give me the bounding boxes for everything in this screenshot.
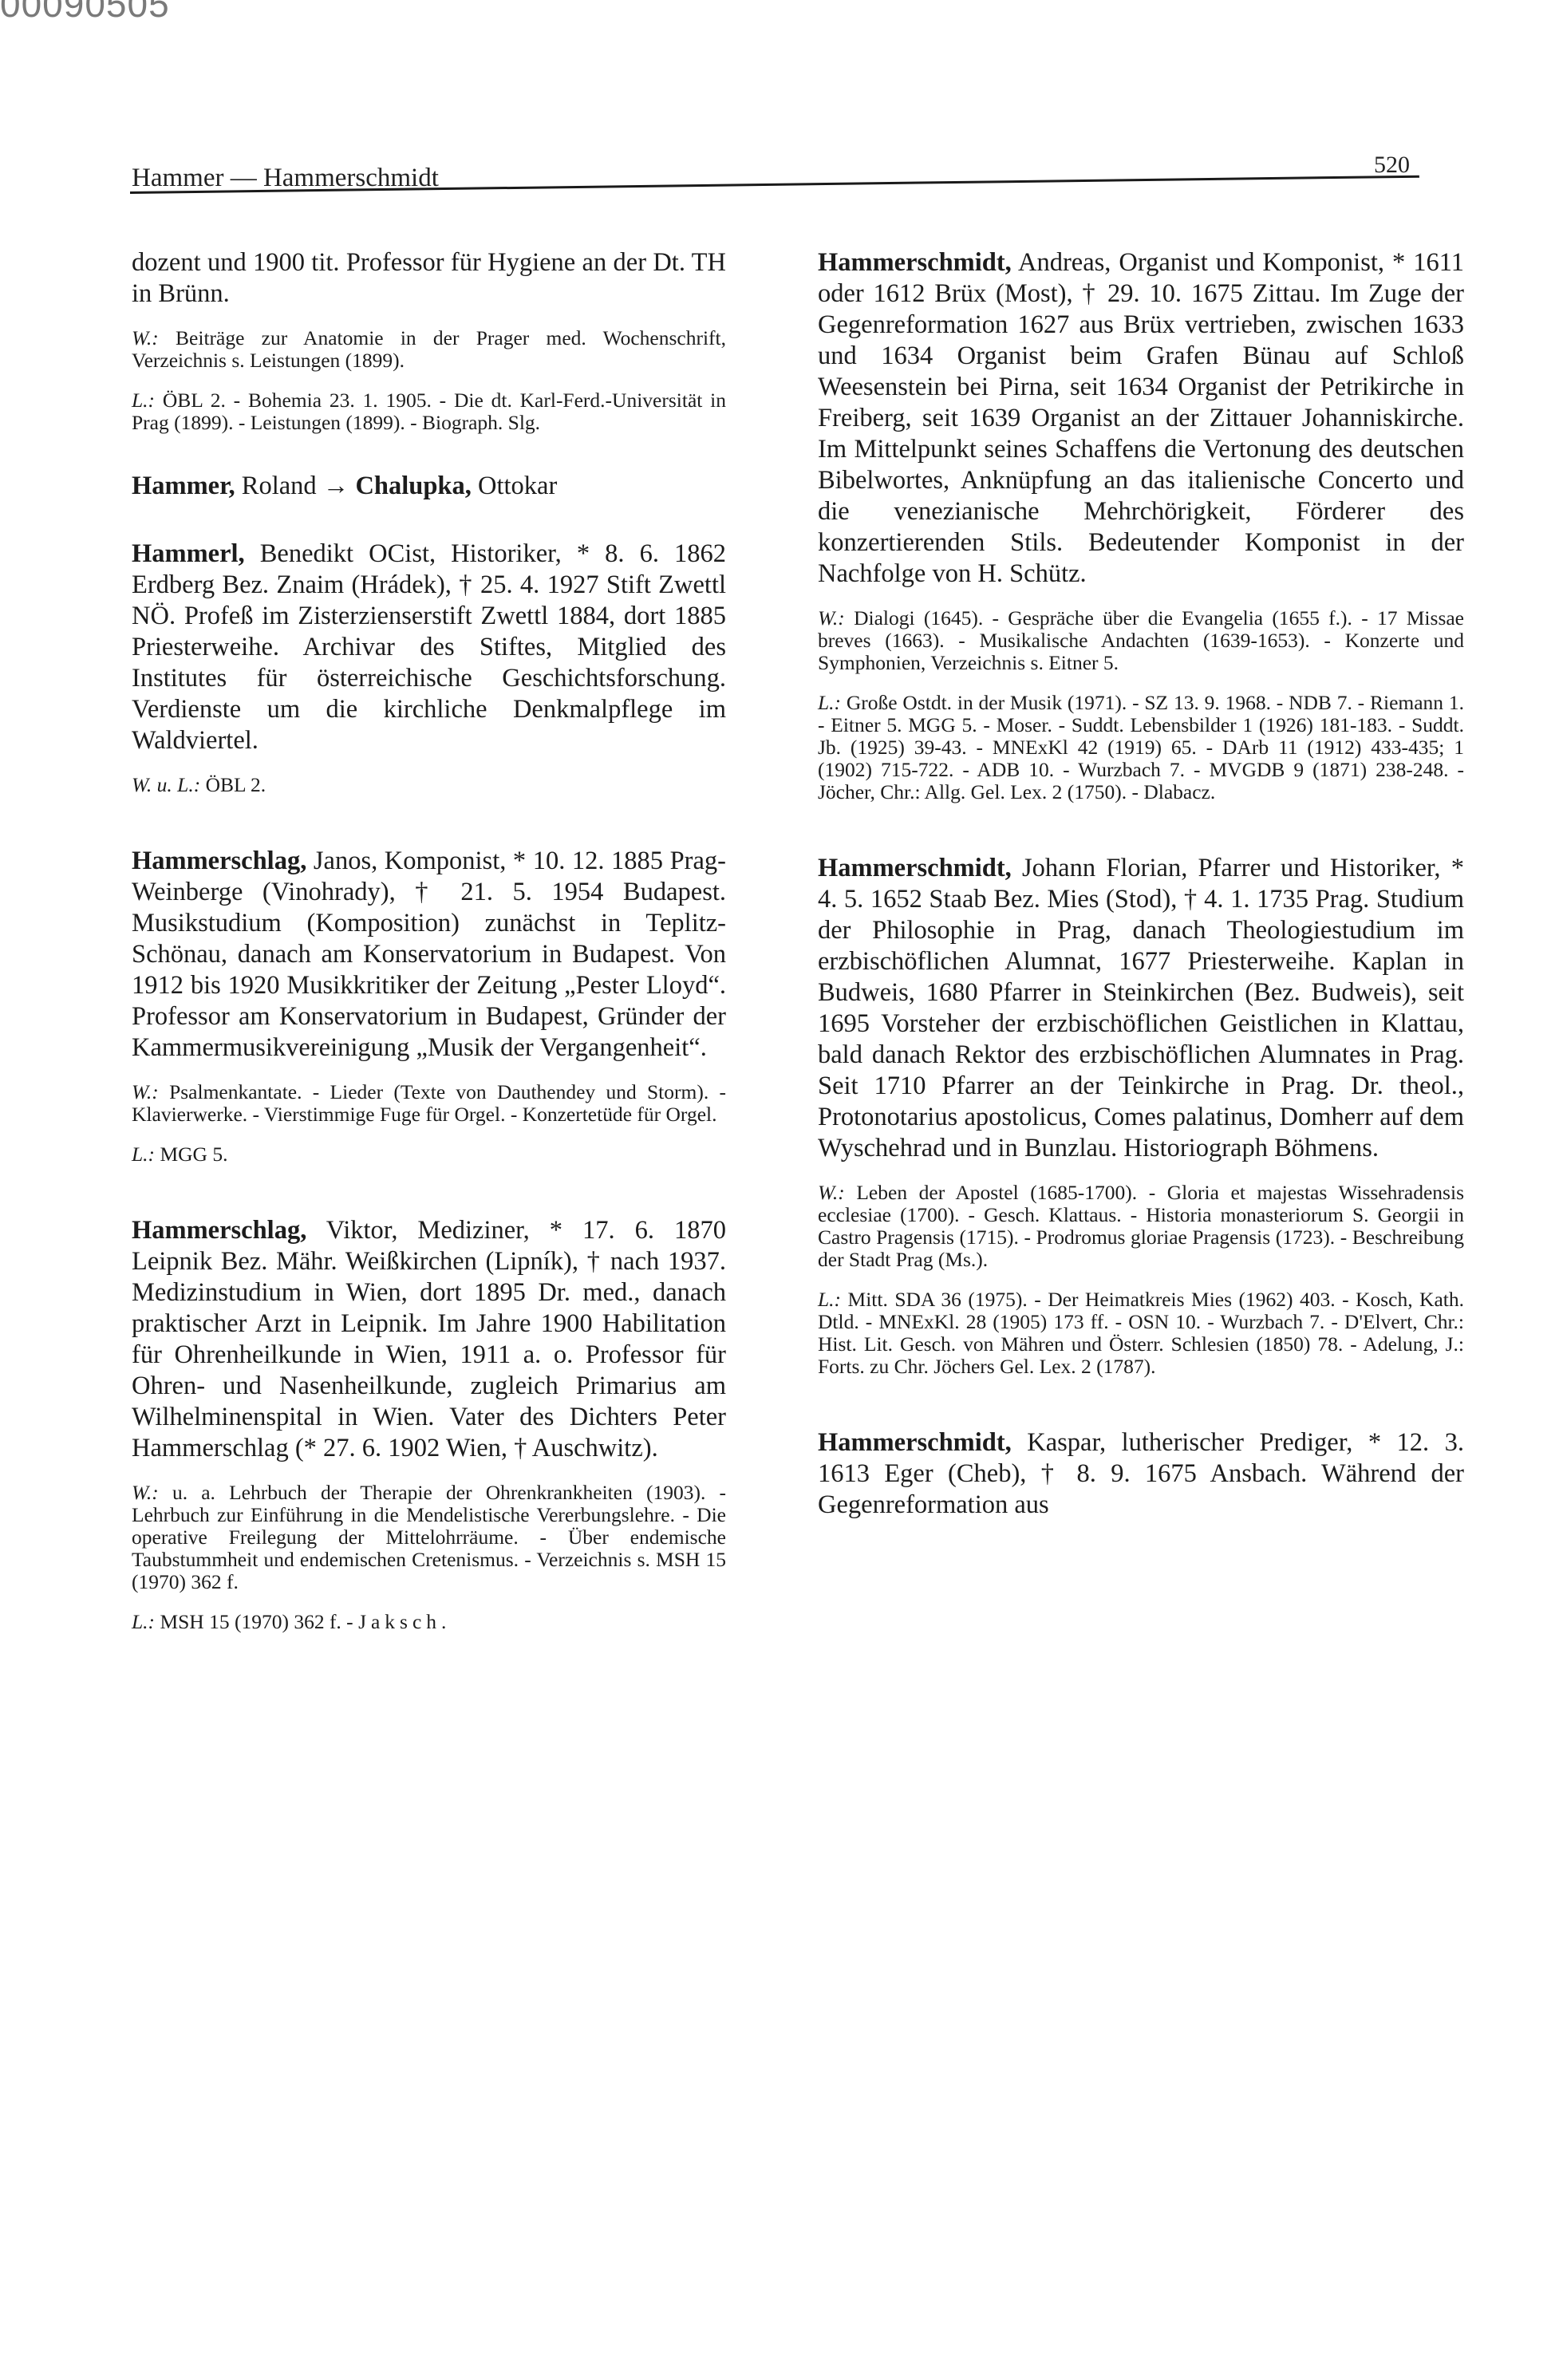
entry-body: Hammerschmidt, Kaspar, lutherischer Pred… (818, 1427, 1464, 1521)
left-column: dozent und 1900 tit. Professor für Hygie… (132, 247, 726, 1633)
entry-lemma: Hammerschmidt, (818, 854, 1012, 882)
entry-body: Hammerschlag, Janos, Komponist, * 10. 12… (132, 846, 726, 1064)
literature-reference: L.: Mitt. SDA 36 (1975). - Der Heimatkre… (818, 1289, 1464, 1378)
entry-body: Hammerschlag, Viktor, Mediziner, * 17. 6… (132, 1215, 726, 1464)
works-reference: W.: u. a. Lehrbuch der Therapie der Ohre… (132, 1482, 726, 1593)
works-reference: W.: Dialogi (1645). - Gespräche über die… (818, 607, 1464, 674)
literature-label: L.: (132, 389, 155, 412)
works-text: Beiträge zur Anatomie in der Prager med.… (132, 326, 726, 372)
literature-reference: L.: ÖBL 2. - Bohemia 23. 1. 1905. - Die … (132, 389, 726, 434)
literature-reference: L.: MSH 15 (1970) 362 f. - Jaksch. (132, 1611, 726, 1633)
works-reference: W.: Leben der Apostel (1685-1700). - Glo… (818, 1182, 1464, 1271)
reference-text: Leben der Apostel (1685-1700). - Gloria … (818, 1181, 1464, 1271)
entry-text: Janos, Komponist, * 10. 12. 1885 Prag-We… (132, 847, 726, 1062)
entry-continuation: dozent und 1900 tit. Professor für Hygie… (132, 247, 726, 434)
page-number: 520 (1374, 152, 1410, 179)
reference-text: ÖBL 2. (200, 773, 266, 796)
entry-body: dozent und 1900 tit. Professor für Hygie… (132, 247, 726, 310)
reference-label: L.: (132, 1610, 155, 1633)
biography-entry: Hammerschmidt, Johann Florian, Pfarrer u… (818, 853, 1464, 1378)
entry-text: Johann Florian, Pfarrer und Historiker, … (818, 854, 1464, 1162)
reference-label: W.: (132, 1481, 159, 1504)
reference-label: L.: (132, 1143, 155, 1166)
right-column: Hammerschmidt, Andreas, Organist und Kom… (818, 247, 1464, 1521)
biography-entry: Hammerschmidt, Kaspar, lutherischer Pred… (818, 1427, 1464, 1521)
scan-id-number: 00090505 (0, 0, 170, 26)
reference-text: MGG 5. (155, 1143, 227, 1166)
cross-ref-lemma: Hammer, (132, 472, 235, 500)
reference-text: MSH 15 (1970) 362 f. - (155, 1610, 358, 1633)
reference-text: u. a. Lehrbuch der Therapie der Ohrenkra… (132, 1481, 726, 1593)
reference-text: Große Ostdt. in der Musik (1971). - SZ 1… (818, 691, 1464, 803)
reference-label: W.: (132, 1080, 159, 1103)
reference-label: W.: (818, 606, 845, 630)
entry-lemma: Hammerschmidt, (818, 1428, 1012, 1457)
entry-lemma: Hammerl, (132, 539, 245, 568)
reference-text: Psalmenkantate. - Lieder (Texte von Daut… (132, 1080, 726, 1126)
entry-text: Benedikt OCist, Historiker, * 8. 6. 1862… (132, 539, 726, 755)
reference-label: L.: (818, 691, 841, 714)
entry-lemma: Hammerschlag, (132, 847, 306, 875)
literature-reference: L.: Große Ostdt. in der Musik (1971). - … (818, 692, 1464, 803)
biography-entry: Hammerschlag, Viktor, Mediziner, * 17. 6… (132, 1215, 726, 1633)
entry-lemma: Hammerschmidt, (818, 248, 1012, 277)
cross-ref-name: Roland (235, 472, 323, 500)
biography-entry: Hammerschlag, Janos, Komponist, * 10. 12… (132, 846, 726, 1166)
entry-lemma: Hammerschlag, (132, 1216, 306, 1245)
cross-reference-entry: Hammer, Roland → Chalupka, Ottokar (132, 471, 726, 502)
arrow-right-icon: → (323, 472, 349, 500)
cross-ref-target-name: Ottokar (472, 472, 557, 500)
reference-label: W.: (818, 1181, 845, 1204)
reference-text: Dialogi (1645). - Gespräche über die Eva… (818, 606, 1464, 674)
works-reference: W.: Beiträge zur Anatomie in der Prager … (132, 327, 726, 372)
biography-entry: Hammerl, Benedikt OCist, Historiker, * 8… (132, 539, 726, 796)
reference-label: L.: (818, 1288, 841, 1311)
works-reference: W.: Psalmenkantate. - Lieder (Texte von … (132, 1081, 726, 1126)
literature-reference: W. u. L.: ÖBL 2. (132, 774, 726, 796)
literature-text: ÖBL 2. - Bohemia 23. 1. 1905. - Die dt. … (132, 389, 726, 434)
cross-ref-target-lemma: Chalupka, (355, 472, 471, 500)
reference-text: Mitt. SDA 36 (1975). - Der Heimatkreis M… (818, 1288, 1464, 1378)
literature-reference: L.: MGG 5. (132, 1143, 726, 1166)
entry-body: Hammerschmidt, Andreas, Organist und Kom… (818, 247, 1464, 590)
entry-text: Andreas, Organist und Komponist, * 1611 … (818, 248, 1464, 588)
entry-body: Hammerl, Benedikt OCist, Historiker, * 8… (132, 539, 726, 756)
works-label: W.: (132, 326, 159, 349)
biography-entry: Hammerschmidt, Andreas, Organist und Kom… (818, 247, 1464, 803)
entry-author: Jaksch. (358, 1610, 451, 1633)
entry-text: Viktor, Mediziner, * 17. 6. 1870 Leipnik… (132, 1216, 726, 1462)
entry-body: Hammerschmidt, Johann Florian, Pfarrer u… (818, 853, 1464, 1164)
reference-label: W. u. L.: (132, 773, 200, 796)
